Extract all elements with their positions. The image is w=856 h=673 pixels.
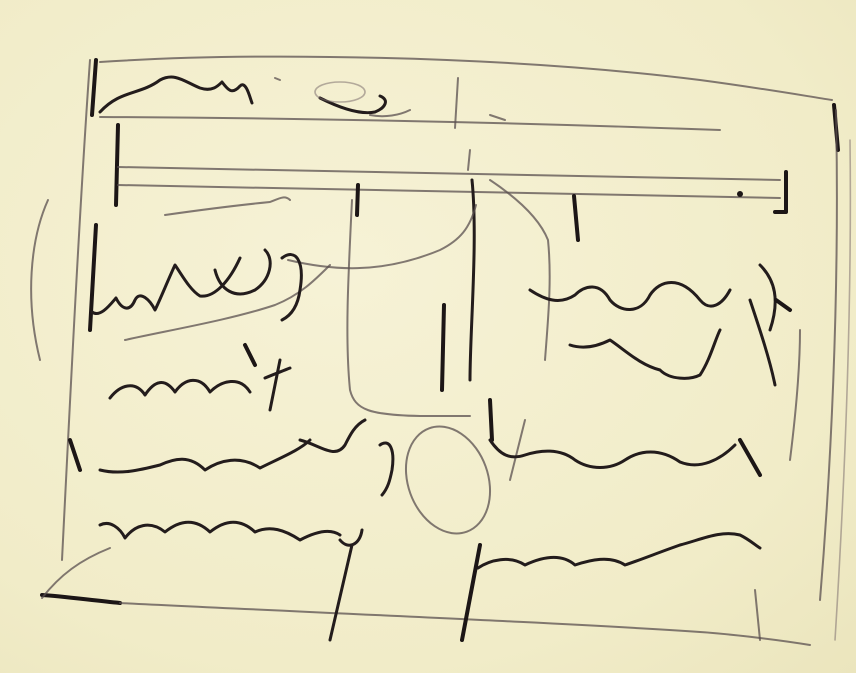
wireframe-sketch xyxy=(0,0,856,673)
sketch-paper xyxy=(0,0,856,673)
right-column xyxy=(490,180,800,480)
header-bar xyxy=(100,77,720,130)
center-panel xyxy=(288,180,476,416)
nav-bar xyxy=(116,125,786,212)
dot-marker xyxy=(737,191,743,197)
left-column xyxy=(70,197,330,470)
outer-frame xyxy=(31,57,850,645)
